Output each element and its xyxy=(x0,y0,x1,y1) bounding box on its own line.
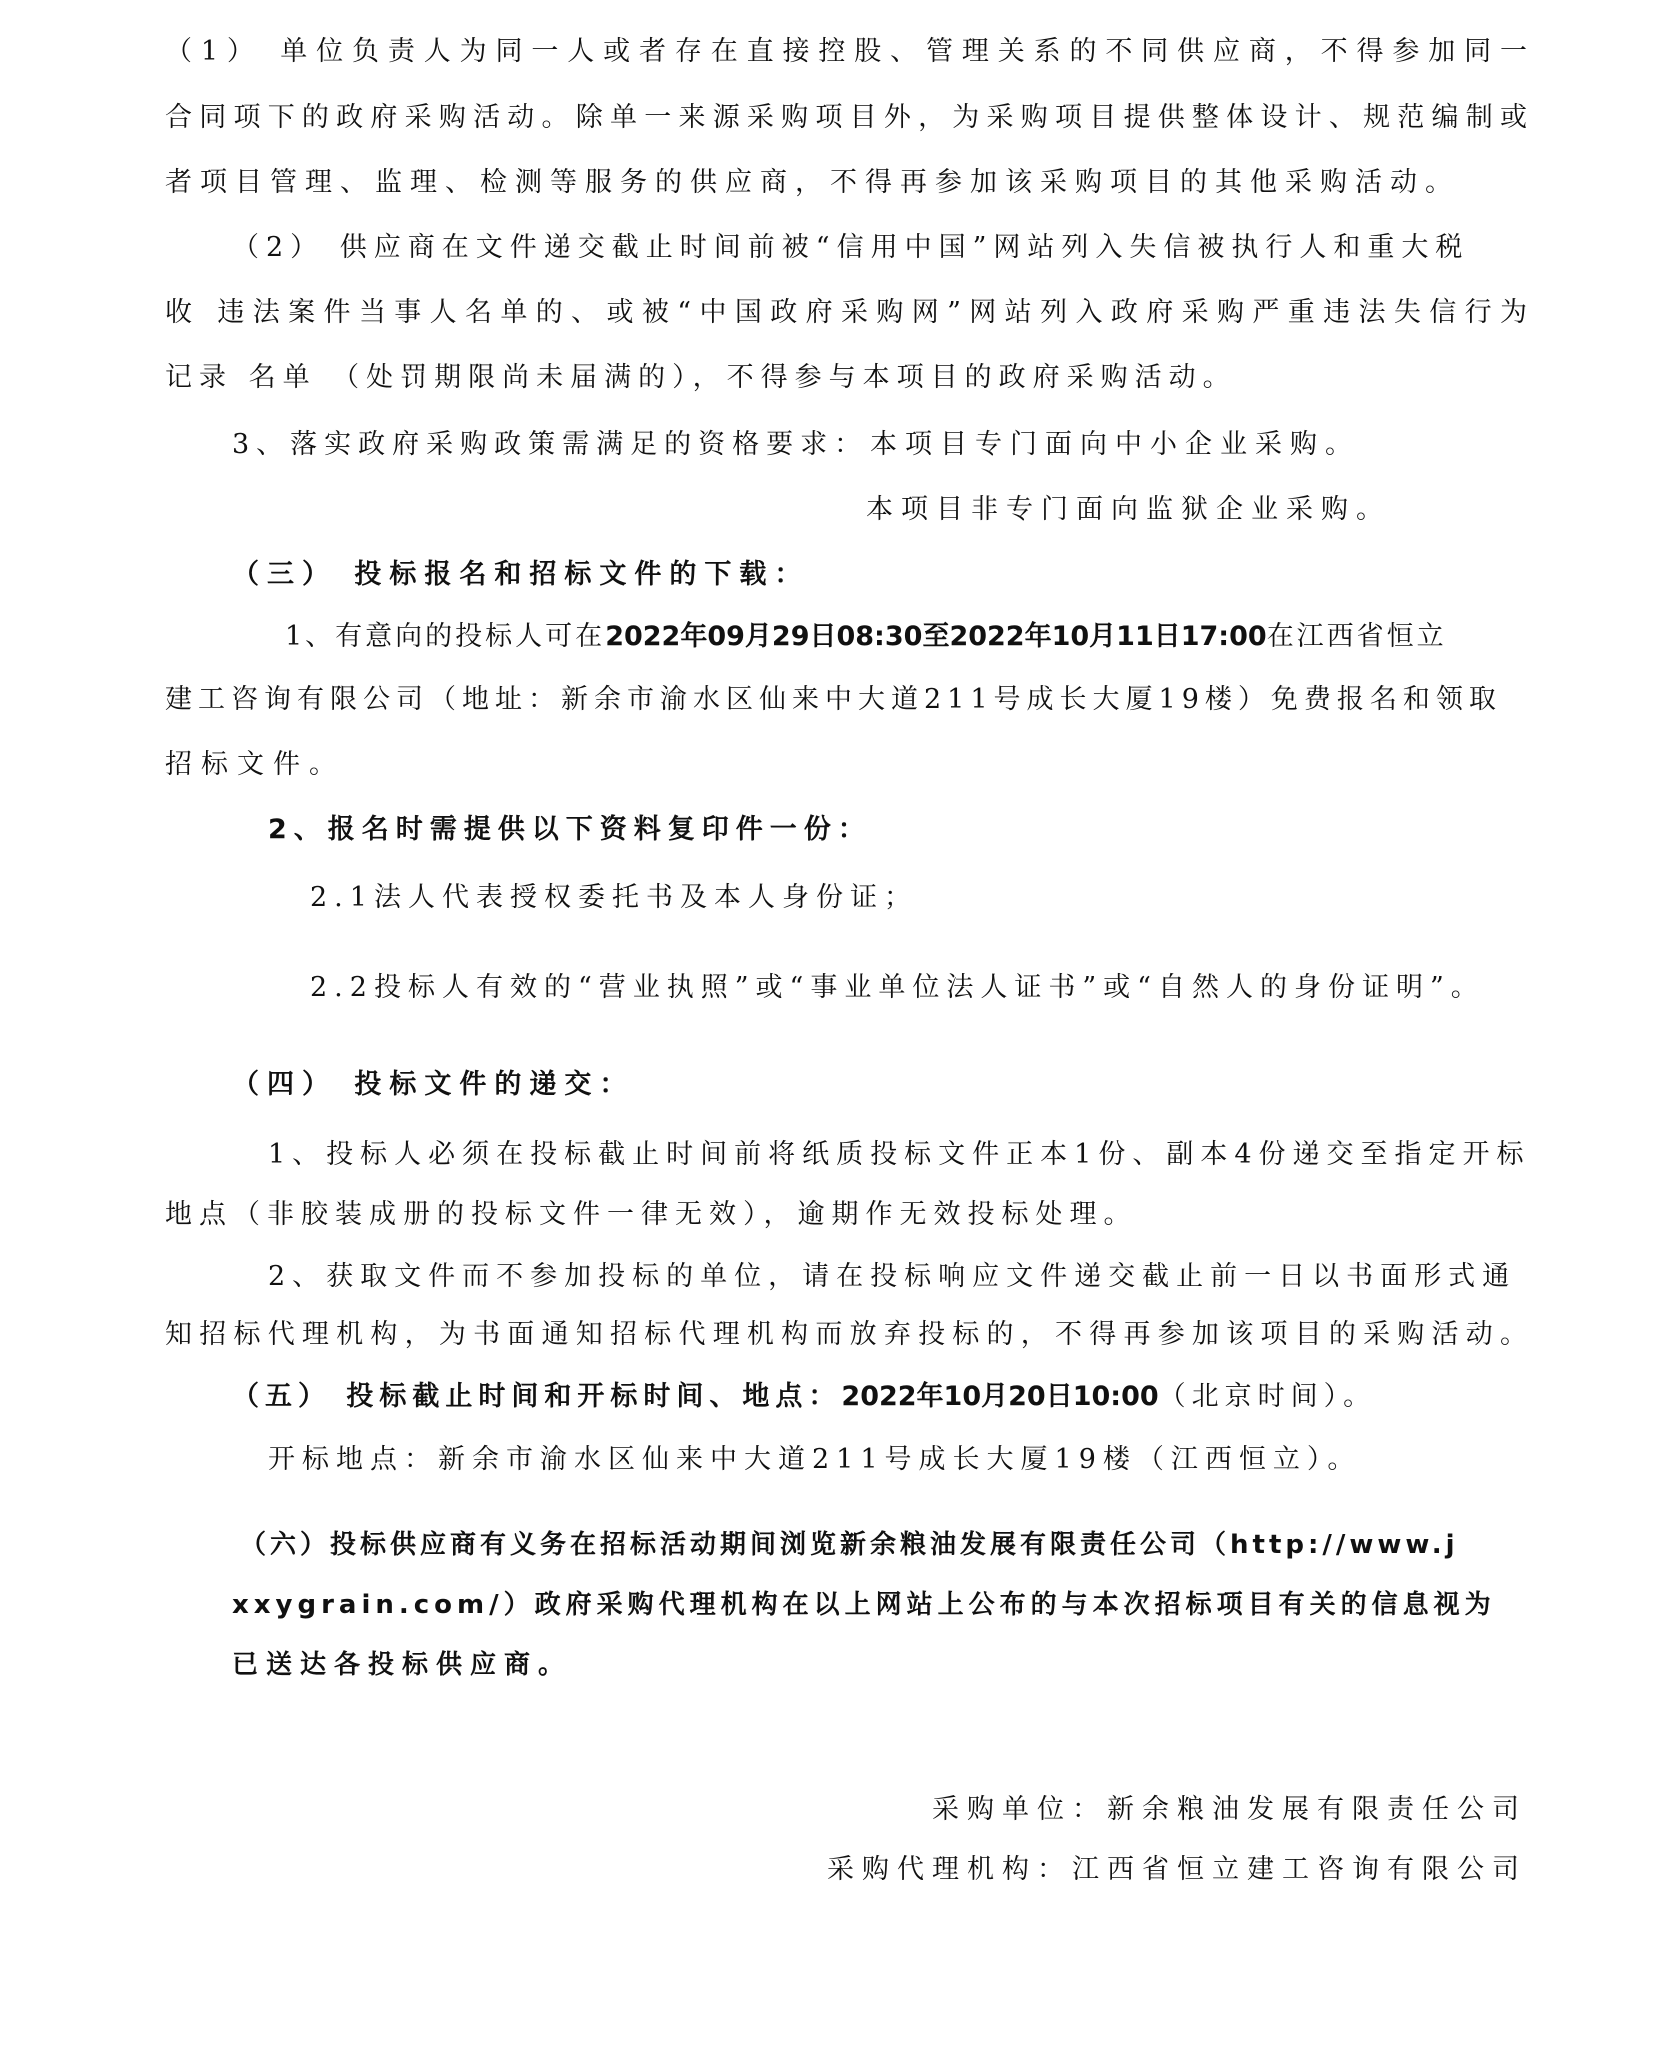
signature-buyer: 采购单位：新余粮油发展有限责任公司 xyxy=(932,1792,1527,1828)
item1-line1: （1） 单位负责人为同一人或者存在直接控股、管理关系的不同供应商，不得参加同一 xyxy=(165,34,1527,70)
item2-line2: 收 违法案件当事人名单的、或被“中国政府采购网”网站列入政府采购严重违法失信行为 xyxy=(165,295,1527,331)
section3-p1-prefix: 1、有意向的投标人可在 xyxy=(285,621,605,652)
section3-p2-2: 2.2投标人有效的“营业执照”或“事业单位法人证书”或“自然人的身份证明”。 xyxy=(310,970,1485,1006)
section4-p1-line1: 1、投标人必须在投标截止时间前将纸质投标文件正本1份、副本4份递交至指定开标 xyxy=(268,1137,1531,1173)
section4-heading: （四） 投标文件的递交： xyxy=(232,1067,634,1103)
item2-line3: 记录 名单 （处罚期限尚未届满的），不得参与本项目的政府采购活动。 xyxy=(165,360,1237,396)
registration-to: 至 xyxy=(922,621,949,652)
bid-open-datetime: 2022年10月20日10:00 xyxy=(841,1381,1158,1412)
item2-line1: （2） 供应商在文件递交截止时间前被“信用中国”网站列入失信被执行人和重大税 xyxy=(232,230,1469,266)
section3-p2-heading: 2、报名时需提供以下资料复印件一份： xyxy=(268,812,872,848)
section3-p1-line2: 建工咨询有限公司（地址：新余市渝水区仙来中大道211号成长大厦19楼）免费报名和… xyxy=(165,682,1502,718)
item1-line3: 者项目管理、监理、检测等服务的供应商，不得再参加该采购项目的其他采购活动。 xyxy=(165,165,1460,201)
section5-location: 开标地点：新余市渝水区仙来中大道211号成长大厦19楼（江西恒立）。 xyxy=(268,1442,1361,1478)
section5-heading: （五） 投标截止时间和开标时间、地点： xyxy=(232,1381,841,1412)
section3-p1-suffix: 在江西省恒立 xyxy=(1267,621,1447,652)
section6-line3: 已送达各投标供应商。 xyxy=(232,1647,572,1683)
section6-line2: xxygrain.com/）政府采购代理机构在以上网站上公布的与本次招标项目有关… xyxy=(232,1587,1496,1623)
section5-line: （五） 投标截止时间和开标时间、地点：2022年10月20日10:00（北京时间… xyxy=(232,1379,1376,1415)
section3-p1-line1: 1、有意向的投标人可在2022年09月29日08:30至2022年10月11日1… xyxy=(285,619,1447,655)
section3-p2-1: 2.1法人代表授权委托书及本人身份证； xyxy=(310,880,918,916)
registration-end: 2022年10月11日17:00 xyxy=(949,621,1266,652)
section3-p1-line3: 招标文件。 xyxy=(165,747,345,783)
section4-p2-line2: 知招标代理机构，为书面通知招标代理机构而放弃投标的，不得再参加该项目的采购活动。 xyxy=(165,1317,1527,1353)
item3-label: 3、落实政府采购政策需满足的资格要求： xyxy=(232,427,868,463)
section3-heading: （三） 投标报名和招标文件的下载： xyxy=(232,557,809,593)
signature-agent: 采购代理机构：江西省恒立建工咨询有限公司 xyxy=(827,1852,1527,1888)
section4-p2-line1: 2、获取文件而不参加投标的单位，请在投标响应文件递交截止前一日以书面形式通 xyxy=(268,1259,1516,1295)
section6-line1: （六）投标供应商有义务在招标活动期间浏览新余粮油发展有限责任公司（http://… xyxy=(240,1527,1459,1563)
section4-p1-line2: 地点（非胶装成册的投标文件一律无效），逾期作无效投标处理。 xyxy=(165,1197,1138,1233)
bid-open-timezone: （北京时间）。 xyxy=(1159,1381,1377,1412)
registration-start: 2022年09月29日08:30 xyxy=(605,621,922,652)
item1-line2: 合同项下的政府采购活动。除单一来源采购项目外，为采购项目提供整体设计、规范编制或 xyxy=(165,100,1527,136)
item3-value2: 本项目非专门面向监狱企业采购。 xyxy=(866,492,1391,528)
item3-value1: 本项目专门面向中小企业采购。 xyxy=(870,427,1360,463)
